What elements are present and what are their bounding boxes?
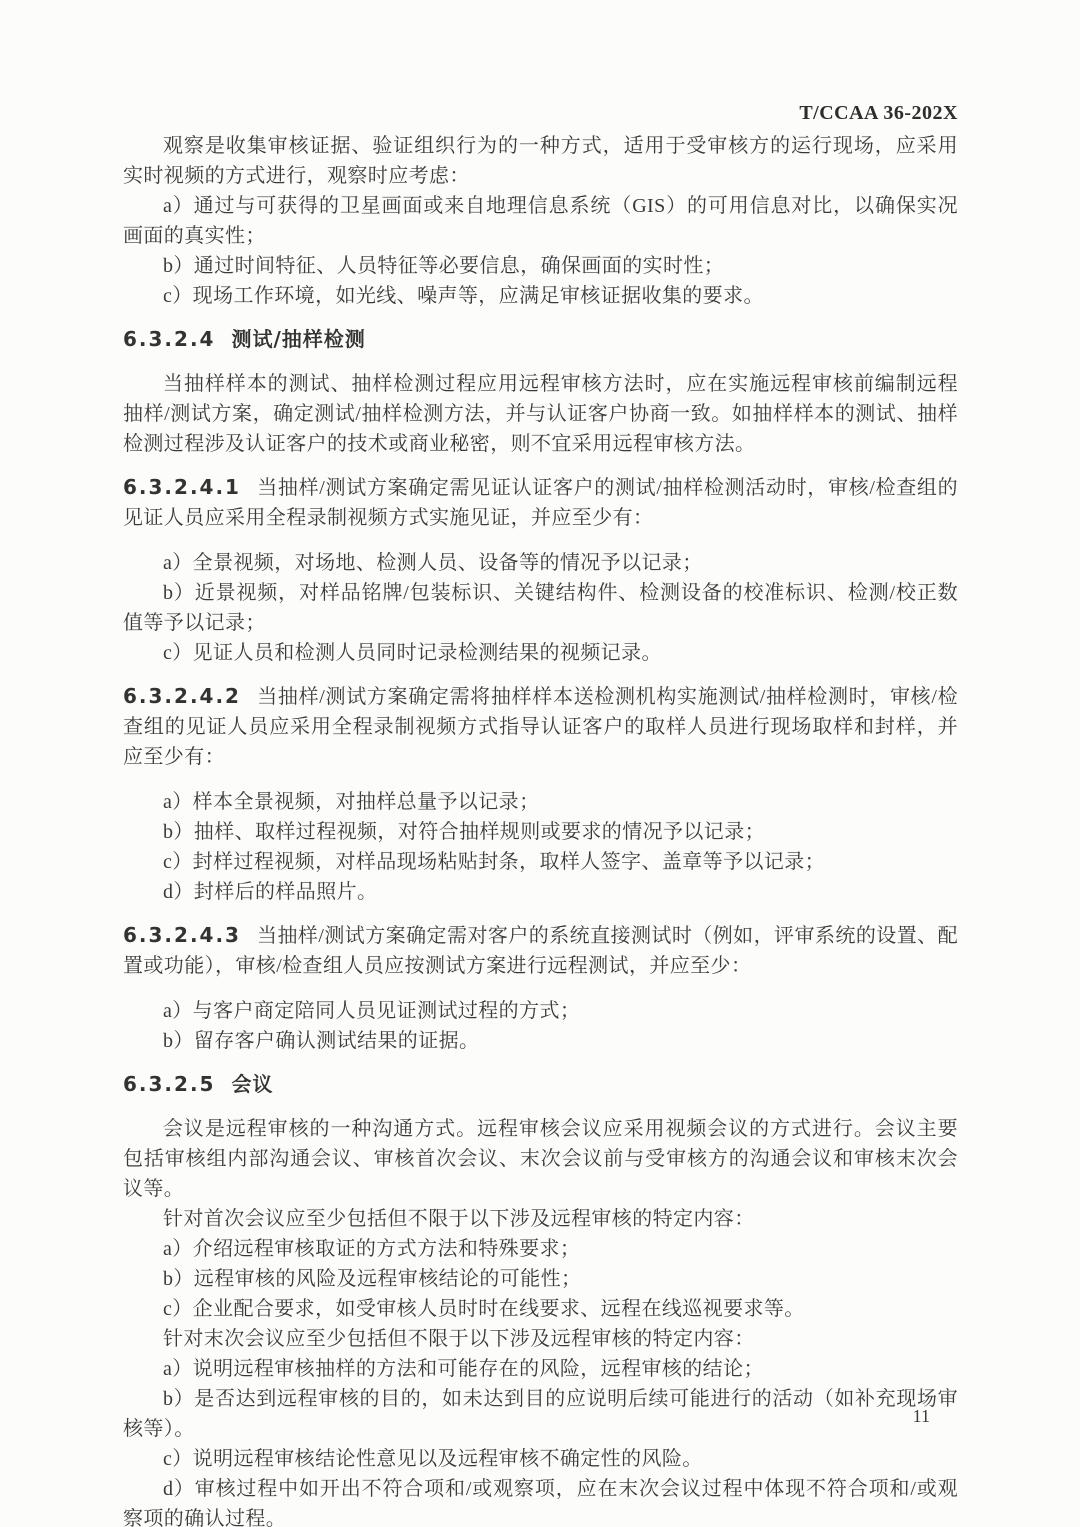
list-item: a）说明远程审核抽样的方法和可能存在的风险，远程审核的结论；	[123, 1354, 958, 1384]
document-body: 观察是收集审核证据、验证组织行为的一种方式，适用于受审核方的运行现场，应采用实时…	[123, 131, 958, 1527]
list-item: a）通过与可获得的卫星画面或来自地理信息系统（GIS）的可用信息对比，以确保实况…	[123, 191, 958, 251]
paragraph: 当抽样样本的测试、抽样检测过程应用远程审核方法时，应在实施远程审核前编制远程抽样…	[123, 369, 958, 459]
page-number: 11	[913, 1406, 930, 1426]
list-item: b）抽样、取样过程视频，对符合抽样规则或要求的情况予以记录；	[123, 817, 958, 847]
list-item: a）与客户商定陪同人员见证测试过程的方式；	[123, 996, 958, 1026]
clause-number: 6.3.2.4.2	[123, 684, 241, 708]
paragraph: 针对首次会议应至少包括但不限于以下涉及远程审核的特定内容：	[123, 1204, 958, 1234]
list-item: c）现场工作环境，如光线、噪声等，应满足审核证据收集的要求。	[123, 281, 958, 311]
list-item: c）封样过程视频，对样品现场粘贴封条，取样人签字、盖章等予以记录；	[123, 847, 958, 877]
page-header: T/CCAA 36-202X	[123, 102, 958, 125]
section-heading: 6.3.2.5会议	[123, 1069, 958, 1099]
list-item: b）留存客户确认测试结果的证据。	[123, 1026, 958, 1056]
list-item: c）说明远程审核结论性意见以及远程审核不确定性的风险。	[123, 1444, 958, 1474]
list-item: b）近景视频，对样品铭牌/包装标识、关键结构件、检测设备的校准标识、检测/校正数…	[123, 578, 958, 638]
paragraph: 针对末次会议应至少包括但不限于以下涉及远程审核的特定内容：	[123, 1324, 958, 1354]
clause-number: 6.3.2.4.1	[123, 475, 241, 499]
list-item: a）样本全景视频，对抽样总量予以记录；	[123, 787, 958, 817]
page-footer: 11	[913, 1406, 930, 1427]
list-item: d）审核过程中如开出不符合项和/或观察项，应在末次会议过程中体现不符合项和/或观…	[123, 1474, 958, 1527]
clause-number: 6.3.2.4.3	[123, 923, 241, 947]
list-item: b）是否达到远程审核的目的，如未达到目的应说明后续可能进行的活动（如补充现场审核…	[123, 1384, 958, 1444]
paragraph: 会议是远程审核的一种沟通方式。远程审核会议应采用视频会议的方式进行。会议主要包括…	[123, 1114, 958, 1204]
section-title: 测试/抽样检测	[231, 327, 365, 351]
list-item: c）企业配合要求，如受审核人员时时在线要求、远程在线巡视要求等。	[123, 1294, 958, 1324]
list-item: a）介绍远程审核取证的方式方法和特殊要求；	[123, 1234, 958, 1264]
numbered-clause: 6.3.2.4.3当抽样/测试方案确定需对客户的系统直接测试时（例如，评审系统的…	[123, 920, 958, 981]
numbered-clause: 6.3.2.4.2当抽样/测试方案确定需将抽样样本送检测机构实施测试/抽样检测时…	[123, 681, 958, 772]
list-item: b）通过时间特征、人员特征等必要信息，确保画面的实时性；	[123, 251, 958, 281]
list-item: c）见证人员和检测人员同时记录检测结果的视频记录。	[123, 638, 958, 668]
section-number: 6.3.2.5	[123, 1072, 215, 1096]
paragraph: 观察是收集审核证据、验证组织行为的一种方式，适用于受审核方的运行现场，应采用实时…	[123, 131, 958, 191]
numbered-clause: 6.3.2.4.1当抽样/测试方案确定需见证认证客户的测试/抽样检测活动时，审核…	[123, 472, 958, 533]
list-item: a）全景视频，对场地、检测人员、设备等的情况予以记录；	[123, 548, 958, 578]
document-page: T/CCAA 36-202X 观察是收集审核证据、验证组织行为的一种方式，适用于…	[0, 0, 1080, 1527]
doc-code: T/CCAA 36-202X	[799, 102, 958, 124]
clause-text: 当抽样/测试方案确定需见证认证客户的测试/抽样检测活动时，审核/检查组的见证人员…	[123, 477, 958, 529]
list-item: d）封样后的样品照片。	[123, 877, 958, 907]
list-item: b）远程审核的风险及远程审核结论的可能性；	[123, 1264, 958, 1294]
section-number: 6.3.2.4	[123, 327, 215, 351]
section-heading: 6.3.2.4测试/抽样检测	[123, 324, 958, 354]
clause-text: 当抽样/测试方案确定需将抽样样本送检测机构实施测试/抽样检测时，审核/检查组的见…	[123, 686, 958, 768]
clause-text: 当抽样/测试方案确定需对客户的系统直接测试时（例如，评审系统的设置、配置或功能）…	[123, 925, 958, 977]
section-title: 会议	[231, 1072, 273, 1096]
